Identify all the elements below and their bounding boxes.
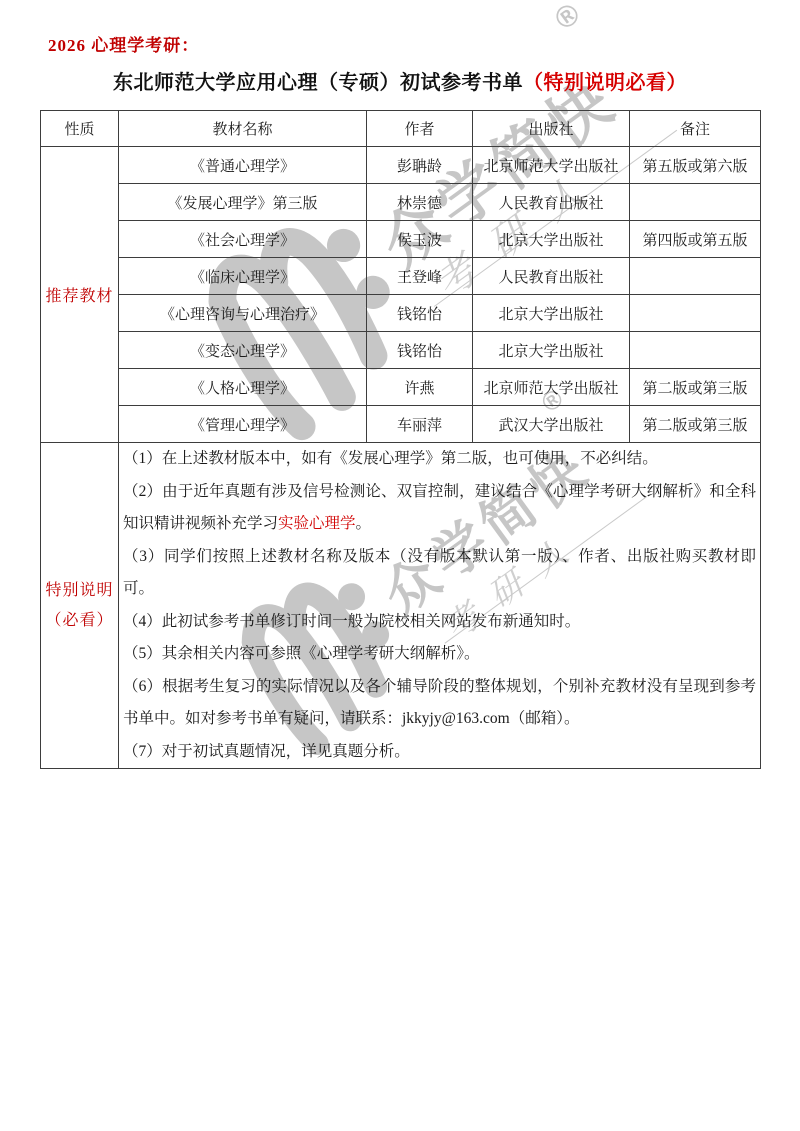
table-header-row: 性质 教材名称 作者 出版社 备注	[41, 111, 761, 147]
column-header-publisher: 出版社	[473, 111, 630, 147]
group-label-special-line2: （必看）	[45, 606, 114, 636]
book-name: 《人格心理学》	[119, 369, 367, 406]
book-author: 侯玉波	[367, 221, 473, 258]
group-label-recommended: 推荐教材	[41, 147, 119, 443]
note-item-6: （6）根据考生复习的实际情况以及各个辅导阶段的整体规划，个别补充教材没有呈现到参…	[123, 671, 756, 736]
table-row: 《发展心理学》第三版 林崇德 人民教育出版社	[41, 184, 761, 221]
book-publisher: 人民教育出版社	[473, 184, 630, 221]
table-row: 《心理咨询与心理治疗》 钱铭怡 北京大学出版社	[41, 295, 761, 332]
column-header-nature: 性质	[41, 111, 119, 147]
book-name: 《管理心理学》	[119, 406, 367, 443]
book-name: 《普通心理学》	[119, 147, 367, 184]
book-remark	[630, 184, 761, 221]
book-remark: 第二版或第三版	[630, 369, 761, 406]
book-publisher: 北京大学出版社	[473, 332, 630, 369]
document-page: 众学简快 ® 考研人 众学简快 ® 考研人 2026 心理学考研： 东北师范大学…	[0, 0, 800, 1131]
table-row: 推荐教材 《普通心理学》 彭聃龄 北京师范大学出版社 第五版或第六版	[41, 147, 761, 184]
book-author: 王登峰	[367, 258, 473, 295]
page-title-main: 东北师范大学应用心理（专硕）初试参考书单	[113, 72, 523, 94]
table-row: 《临床心理学》 王登峰 人民教育出版社	[41, 258, 761, 295]
book-author: 钱铭怡	[367, 295, 473, 332]
group-label-special: 特别说明 （必看）	[41, 443, 119, 769]
book-publisher: 北京师范大学出版社	[473, 369, 630, 406]
book-name: 《社会心理学》	[119, 221, 367, 258]
book-remark	[630, 295, 761, 332]
note-item-7: （7）对于初试真题情况，详见真题分析。	[123, 736, 756, 769]
note-item-4: （4）此初试参考书单修订时间一般为院校相关网站发布新通知时。	[123, 606, 756, 639]
book-remark	[630, 258, 761, 295]
book-name: 《心理咨询与心理治疗》	[119, 295, 367, 332]
table-row: 《社会心理学》 侯玉波 北京大学出版社 第四版或第五版	[41, 221, 761, 258]
column-header-author: 作者	[367, 111, 473, 147]
book-publisher: 人民教育出版社	[473, 258, 630, 295]
table-row: 《变态心理学》 钱铭怡 北京大学出版社	[41, 332, 761, 369]
special-notes-cell: （1）在上述教材版本中，如有《发展心理学》第二版，也可使用，不必纠结。 （2）由…	[119, 443, 761, 769]
book-publisher: 北京师范大学出版社	[473, 147, 630, 184]
table-row: 《人格心理学》 许燕 北京师范大学出版社 第二版或第三版	[41, 369, 761, 406]
page-title-highlight: （特别说明必看）	[523, 72, 687, 94]
book-publisher: 北京大学出版社	[473, 295, 630, 332]
special-notes-row: 特别说明 （必看） （1）在上述教材版本中，如有《发展心理学》第二版，也可使用，…	[41, 443, 761, 769]
book-name: 《临床心理学》	[119, 258, 367, 295]
page-title: 东北师范大学应用心理（专硕）初试参考书单（特别说明必看）	[0, 70, 800, 96]
book-remark: 第四版或第五版	[630, 221, 761, 258]
book-author: 彭聃龄	[367, 147, 473, 184]
registered-mark-icon: ®	[549, 0, 587, 38]
note-item-2: （2）由于近年真题有涉及信号检测论、双盲控制，建议结合《心理学考研大纲解析》和全…	[123, 476, 756, 541]
table-row: 《管理心理学》 车丽萍 武汉大学出版社 第二版或第三版	[41, 406, 761, 443]
column-header-book: 教材名称	[119, 111, 367, 147]
book-publisher: 武汉大学出版社	[473, 406, 630, 443]
book-author: 许燕	[367, 369, 473, 406]
note-red-highlight: 实验心理学	[278, 515, 356, 532]
group-label-special-line1: 特别说明	[45, 576, 114, 606]
document-kicker: 2026 心理学考研：	[48, 31, 199, 56]
book-name: 《发展心理学》第三版	[119, 184, 367, 221]
column-header-remark: 备注	[630, 111, 761, 147]
reference-book-table: 性质 教材名称 作者 出版社 备注 推荐教材 《普通心理学》 彭聃龄 北京师范大…	[40, 110, 761, 769]
book-publisher: 北京大学出版社	[473, 221, 630, 258]
book-remark	[630, 332, 761, 369]
book-remark: 第五版或第六版	[630, 147, 761, 184]
book-author: 钱铭怡	[367, 332, 473, 369]
note-item-3: （3）同学们按照上述教材名称及版本（没有版本默认第一版）、作者、出版社购买教材即…	[123, 541, 756, 606]
book-author: 车丽萍	[367, 406, 473, 443]
note-item-1: （1）在上述教材版本中，如有《发展心理学》第二版，也可使用，不必纠结。	[123, 443, 756, 476]
note-item-5: （5）其余相关内容可参照《心理学考研大纲解析》。	[123, 638, 756, 671]
book-remark: 第二版或第三版	[630, 406, 761, 443]
book-author: 林崇德	[367, 184, 473, 221]
book-name: 《变态心理学》	[119, 332, 367, 369]
